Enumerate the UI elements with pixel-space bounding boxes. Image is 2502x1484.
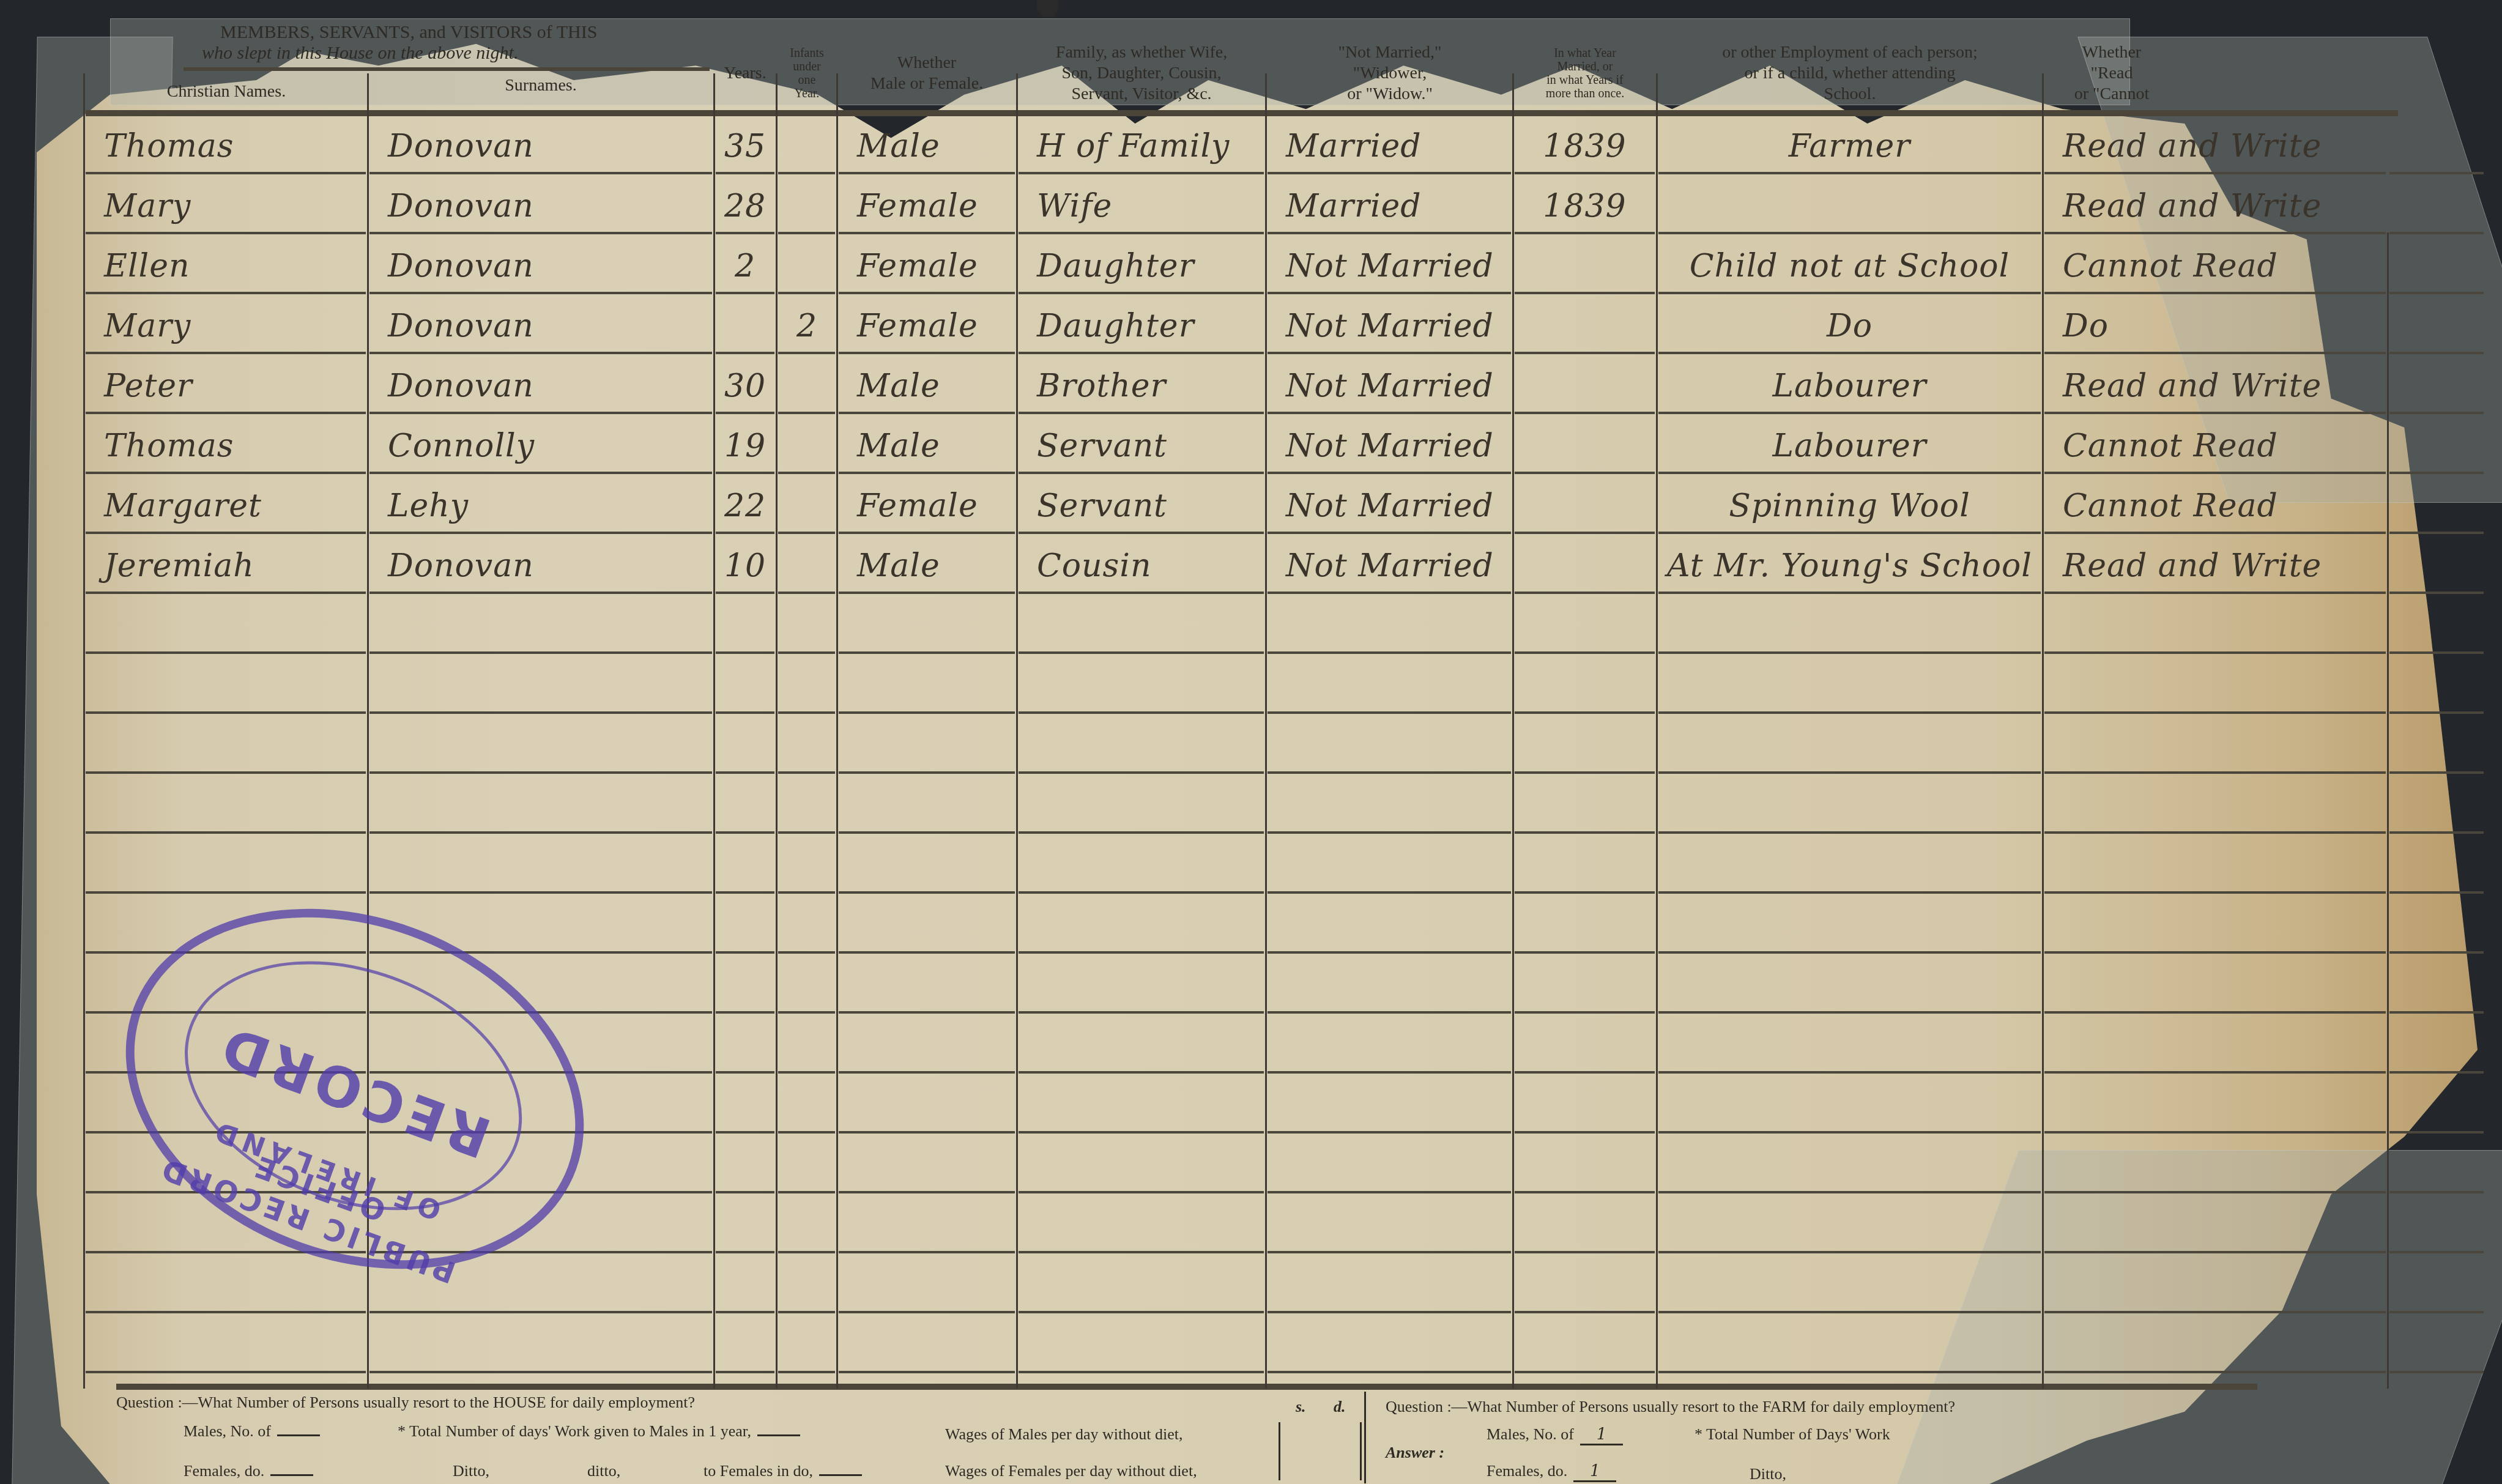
row-rule xyxy=(1268,1071,1511,1074)
col-header-year-married: In what Year Married, or in what Years i… xyxy=(1515,37,1655,110)
cell-sex: Male xyxy=(839,113,1015,173)
row-rule xyxy=(369,1311,712,1313)
wages-females: Wages of Females per day without diet, xyxy=(945,1462,1197,1480)
pin-clip xyxy=(1037,0,1059,17)
row-rule xyxy=(1515,1191,1655,1193)
row-rule xyxy=(1658,651,2041,654)
farm-question-text: Question :—What Number of Persons usuall… xyxy=(1386,1398,1955,1415)
row-rule xyxy=(2044,1071,2386,1074)
row-rule xyxy=(2389,472,2484,474)
cell-year-married xyxy=(1515,293,1655,353)
cell-infants xyxy=(778,533,836,593)
row-rule xyxy=(716,1371,774,1373)
col-header-line: Married, or xyxy=(1557,60,1613,73)
cell-education: Read and Write xyxy=(2044,533,2386,593)
row-rule xyxy=(716,951,774,954)
row-rule xyxy=(1019,651,1264,654)
col-header-line: Whether xyxy=(2082,42,2141,63)
column-divider xyxy=(2042,73,2044,1389)
cell-relation: Brother xyxy=(1019,353,1264,413)
cell-sex: Male xyxy=(839,533,1015,593)
col-header-label: Christian Names. xyxy=(167,81,286,102)
row-rule xyxy=(2389,831,2484,834)
cell-occupation: Do xyxy=(1658,293,2041,353)
row-rule xyxy=(1515,1251,1655,1253)
farm-ditto: Ditto, xyxy=(1750,1465,1786,1483)
answer-label: Answer : xyxy=(1386,1444,1444,1462)
cell-married: Married xyxy=(1268,173,1511,233)
row-rule xyxy=(1019,1311,1264,1313)
row-rule xyxy=(1019,711,1264,714)
col-header-line: Servant, Visitor, &c. xyxy=(1071,84,1211,105)
row-rule xyxy=(1658,1071,2041,1074)
cell-year-married xyxy=(1515,473,1655,533)
cell-occupation: Labourer xyxy=(1658,413,2041,473)
row-rule xyxy=(839,1251,1015,1253)
row-rule xyxy=(1019,891,1264,894)
row-rule xyxy=(1019,1191,1264,1193)
row-rule xyxy=(839,1131,1015,1133)
col-header-line: Male or Female. xyxy=(871,73,983,94)
cell-education: Read and Write xyxy=(2044,113,2386,173)
row-rule xyxy=(2389,711,2484,714)
row-rule xyxy=(716,1071,774,1074)
row-rule xyxy=(1268,1191,1511,1193)
row-rule xyxy=(839,1071,1015,1074)
column-divider xyxy=(1016,73,1018,1389)
row-rule xyxy=(778,1251,835,1253)
row-rule xyxy=(778,1011,835,1014)
days-work-females-field[interactable] xyxy=(819,1474,862,1476)
row-rule xyxy=(1268,951,1511,954)
farm-females-field[interactable]: 1 xyxy=(1573,1462,1616,1482)
row-rule xyxy=(2389,1371,2484,1373)
cell-surname: Lehy xyxy=(369,473,712,533)
cell-year-married xyxy=(1515,353,1655,413)
cell-relation: H of Family xyxy=(1019,113,1264,173)
col-header-line: Year. xyxy=(795,87,820,100)
row-rule xyxy=(1515,1371,1655,1373)
row-rule xyxy=(1658,1371,2041,1373)
row-rule xyxy=(1515,1071,1655,1074)
cell-infants xyxy=(778,353,836,413)
row-rule xyxy=(716,1011,774,1014)
farm-males: Males, No. of1 xyxy=(1487,1425,1623,1445)
row-rule xyxy=(778,891,835,894)
row-rule xyxy=(1515,891,1655,894)
column-divider xyxy=(1656,73,1658,1389)
row-rule xyxy=(1515,651,1655,654)
cell-surname: Donovan xyxy=(369,173,712,233)
row-rule xyxy=(2044,1131,2386,1133)
row-rule xyxy=(1658,831,2041,834)
row-rule xyxy=(1658,891,2041,894)
cell-sex: Male xyxy=(839,353,1015,413)
cell-years: 2 xyxy=(716,233,774,293)
cell-sex: Female xyxy=(839,173,1015,233)
row-rule xyxy=(2044,1371,2386,1373)
wages-males: Wages of Males per day without diet, xyxy=(945,1425,1183,1444)
row-rule xyxy=(716,711,774,714)
cell-relation: Daughter xyxy=(1019,233,1264,293)
col-header-line: or "Widow." xyxy=(1347,84,1433,105)
row-rule xyxy=(2389,352,2484,354)
row-rule xyxy=(1515,831,1655,834)
row-rule xyxy=(2044,951,2386,954)
row-rule xyxy=(2044,1251,2386,1253)
cell-year-married: 1839 xyxy=(1515,173,1655,233)
row-rule xyxy=(86,711,366,714)
cell-christian-name: Margaret xyxy=(86,473,367,533)
row-rule xyxy=(778,771,835,774)
cell-christian-name: Ellen xyxy=(86,233,367,293)
cell-christian-name: Mary xyxy=(86,293,367,353)
house-males-field[interactable] xyxy=(277,1434,320,1436)
col-header-occupation: or other Employment of each person; or i… xyxy=(1658,37,2042,110)
cell-education: Cannot Read xyxy=(2044,413,2386,473)
cell-infants xyxy=(778,413,836,473)
row-rule xyxy=(1019,1251,1264,1253)
cell-married: Not Married xyxy=(1268,293,1511,353)
row-rule xyxy=(839,711,1015,714)
cell-infants xyxy=(778,113,836,173)
row-rule xyxy=(716,1311,774,1313)
currency-pence: d. xyxy=(1334,1398,1346,1416)
row-rule xyxy=(2389,891,2484,894)
row-rule xyxy=(839,651,1015,654)
cell-sex: Male xyxy=(839,413,1015,473)
col-header-line: Infants xyxy=(790,46,824,60)
col-header-line: more than once. xyxy=(1546,87,1624,100)
col-header-infants: Infants under one Year. xyxy=(778,37,836,110)
farm-days-work: * Total Number of Days' Work xyxy=(1695,1425,1890,1444)
cell-married: Not Married xyxy=(1268,353,1511,413)
row-rule xyxy=(839,1311,1015,1313)
days-work-ditto2: ditto, xyxy=(587,1462,620,1480)
farm-question: Question :—What Number of Persons usuall… xyxy=(1386,1398,1955,1416)
col-header-line: Whether xyxy=(897,53,956,73)
cell-year-married xyxy=(1515,233,1655,293)
row-rule xyxy=(2389,1131,2484,1133)
row-rule xyxy=(1658,1251,2041,1253)
cell-year-married xyxy=(1515,533,1655,593)
row-rule xyxy=(1515,1011,1655,1014)
col-header-line: under xyxy=(793,60,821,73)
row-rule xyxy=(1019,1011,1264,1014)
cell-years: 28 xyxy=(716,173,774,233)
row-rule xyxy=(716,651,774,654)
house-females-label: Females, do. xyxy=(184,1462,313,1480)
farm-females-label: Females, do. xyxy=(1487,1462,1567,1480)
row-rule xyxy=(778,1131,835,1133)
cell-married: Not Married xyxy=(1268,473,1511,533)
row-rule xyxy=(716,831,774,834)
row-rule xyxy=(839,771,1015,774)
cell-married: Married xyxy=(1268,113,1511,173)
row-rule xyxy=(1658,1011,2041,1014)
cell-married: Not Married xyxy=(1268,413,1511,473)
row-rule xyxy=(2044,651,2386,654)
house-females-label-text: Females, do. xyxy=(184,1462,264,1480)
row-rule xyxy=(2389,292,2484,294)
row-rule xyxy=(86,771,366,774)
row-rule xyxy=(2389,951,2484,954)
cell-relation: Servant xyxy=(1019,413,1264,473)
row-rule xyxy=(778,1371,835,1373)
cell-years: 10 xyxy=(716,533,774,593)
cell-surname: Donovan xyxy=(369,293,712,353)
row-rule xyxy=(86,651,366,654)
row-rule xyxy=(1268,1011,1511,1014)
row-rule xyxy=(2044,831,2386,834)
cell-education: Do xyxy=(2044,293,2386,353)
row-rule xyxy=(1268,771,1511,774)
farm-males-field[interactable]: 1 xyxy=(1580,1425,1623,1445)
cell-relation: Servant xyxy=(1019,473,1264,533)
row-rule xyxy=(2044,711,2386,714)
currency-shillings: s. xyxy=(1296,1398,1306,1416)
row-rule xyxy=(1515,1311,1655,1313)
col-header-label: Years. xyxy=(724,63,767,84)
col-header-line: Family, as whether Wife, xyxy=(1056,42,1227,63)
row-rule xyxy=(778,1071,835,1074)
cell-sex: Female xyxy=(839,473,1015,533)
row-rule xyxy=(369,651,712,654)
days-work-males: * Total Number of days' Work given to Ma… xyxy=(398,1422,800,1441)
column-divider xyxy=(1265,73,1267,1389)
row-rule xyxy=(839,1011,1015,1014)
row-rule xyxy=(1019,771,1264,774)
row-rule xyxy=(1658,771,2041,774)
row-rule xyxy=(2389,532,2484,534)
row-rule xyxy=(778,711,835,714)
col-header-line: or if a child, whether attending xyxy=(1744,63,1955,84)
cell-relation: Cousin xyxy=(1019,533,1264,593)
row-rule xyxy=(2389,1191,2484,1193)
column-divider xyxy=(713,73,715,1389)
cell-infants xyxy=(778,473,836,533)
cell-christian-name: Thomas xyxy=(86,113,367,173)
row-rule xyxy=(716,771,774,774)
row-rule xyxy=(839,1191,1015,1193)
row-rule xyxy=(1658,1131,2041,1133)
row-rule xyxy=(1515,771,1655,774)
row-rule xyxy=(2044,1311,2386,1313)
col-header-line: or "Cannot xyxy=(2074,84,2150,105)
wages-boxes[interactable] xyxy=(1279,1422,1362,1480)
col-header-line: Son, Daughter, Cousin, xyxy=(1062,63,1222,84)
cell-surname: Connolly xyxy=(369,413,712,473)
col-header-line: "Widower, xyxy=(1353,63,1427,84)
cell-year-married: 1839 xyxy=(1515,113,1655,173)
house-males-label: Males, No. of xyxy=(184,1422,320,1441)
row-rule xyxy=(1019,1371,1264,1373)
form-title-line-1: MEMBERS, SERVANTS, and VISITORS of THIS xyxy=(220,22,597,43)
farm-females: Females, do.1 xyxy=(1487,1462,1616,1482)
row-rule xyxy=(1515,1131,1655,1133)
row-rule xyxy=(2044,1011,2386,1014)
cell-years xyxy=(716,293,774,353)
row-rule xyxy=(2044,1191,2386,1193)
row-rule xyxy=(1658,711,2041,714)
row-rule xyxy=(2389,1251,2484,1253)
cell-occupation: Spinning Wool xyxy=(1658,473,2041,533)
row-rule xyxy=(1268,831,1511,834)
row-rule xyxy=(716,891,774,894)
col-header-line: School. xyxy=(1824,84,1876,105)
row-rule xyxy=(1268,1251,1511,1253)
cell-education: Cannot Read xyxy=(2044,473,2386,533)
table-bottom-rule xyxy=(116,1384,2257,1390)
cell-occupation: At Mr. Young's School xyxy=(1658,533,2041,593)
cell-years: 19 xyxy=(716,413,774,473)
row-rule xyxy=(2389,172,2484,174)
row-rule xyxy=(716,1191,774,1193)
col-header-years: Years. xyxy=(716,37,774,110)
cell-occupation xyxy=(1658,173,2041,233)
col-header-line: In what Year xyxy=(1554,46,1616,60)
row-rule xyxy=(369,891,712,894)
row-rule xyxy=(839,951,1015,954)
farm-males-label: Males, No. of xyxy=(1487,1425,1574,1443)
row-rule xyxy=(1658,1311,2041,1313)
row-rule xyxy=(839,891,1015,894)
row-rule xyxy=(2389,651,2484,654)
cell-surname: Donovan xyxy=(369,233,712,293)
col-header-line: one xyxy=(798,73,816,87)
col-header-married: "Not Married," "Widower, or "Widow." xyxy=(1268,37,1512,110)
row-rule xyxy=(2044,891,2386,894)
cell-education: Read and Write xyxy=(2044,173,2386,233)
cell-married: Not Married xyxy=(1268,533,1511,593)
cell-education: Cannot Read xyxy=(2044,233,2386,293)
cell-occupation: Child not at School xyxy=(1658,233,2041,293)
row-rule xyxy=(1268,1131,1511,1133)
cell-education: Read and Write xyxy=(2044,353,2386,413)
days-work-females: to Females in do, xyxy=(703,1462,862,1480)
cell-married: Not Married xyxy=(1268,233,1511,293)
row-rule xyxy=(778,831,835,834)
cell-relation: Daughter xyxy=(1019,293,1264,353)
col-header-education: Whether "Read or "Cannot xyxy=(2044,37,2179,110)
row-rule xyxy=(86,1371,366,1373)
row-rule xyxy=(839,831,1015,834)
row-rule xyxy=(1268,891,1511,894)
col-header-line: "Not Married," xyxy=(1338,42,1441,63)
row-rule xyxy=(2389,771,2484,774)
row-rule xyxy=(1515,711,1655,714)
column-divider xyxy=(836,73,838,1389)
column-divider xyxy=(1512,73,1514,1389)
house-males-label-text: Males, No. of xyxy=(184,1422,271,1440)
cell-sex: Female xyxy=(839,233,1015,293)
col-header-surnames: Surnames. xyxy=(369,49,712,122)
row-rule xyxy=(369,831,712,834)
row-rule xyxy=(1268,1371,1511,1373)
cell-occupation: Labourer xyxy=(1658,353,2041,413)
row-rule xyxy=(778,1311,835,1313)
cell-christian-name: Jeremiah xyxy=(86,533,367,593)
row-rule xyxy=(1019,951,1264,954)
cell-years: 22 xyxy=(716,473,774,533)
cell-surname: Donovan xyxy=(369,533,712,593)
cell-infants xyxy=(778,173,836,233)
house-question: Question :—What Number of Persons usuall… xyxy=(116,1393,695,1412)
row-rule xyxy=(2389,1311,2484,1313)
row-rule xyxy=(1268,711,1511,714)
col-header-line: in what Years if xyxy=(1546,73,1624,87)
column-divider xyxy=(2387,232,2389,1389)
row-rule xyxy=(1019,831,1264,834)
row-rule xyxy=(716,1131,774,1133)
cell-sex: Female xyxy=(839,293,1015,353)
footer-divider xyxy=(1364,1392,1366,1483)
cell-infants xyxy=(778,233,836,293)
row-rule xyxy=(1515,951,1655,954)
row-rule xyxy=(86,831,366,834)
row-rule xyxy=(839,1371,1015,1373)
cell-surname: Donovan xyxy=(369,353,712,413)
column-divider xyxy=(83,73,85,1389)
row-rule xyxy=(1268,651,1511,654)
row-rule xyxy=(369,771,712,774)
row-rule xyxy=(716,1251,774,1253)
col-header-relation: Family, as whether Wife, Son, Daughter, … xyxy=(1018,37,1265,110)
row-rule xyxy=(2389,412,2484,414)
row-rule xyxy=(1268,1311,1511,1313)
col-header-label: Surnames. xyxy=(505,75,576,96)
row-rule xyxy=(2389,232,2484,234)
cell-years: 35 xyxy=(716,113,774,173)
cell-years: 30 xyxy=(716,353,774,413)
cell-christian-name: Thomas xyxy=(86,413,367,473)
cell-christian-name: Peter xyxy=(86,353,367,413)
col-header-line: "Read xyxy=(2091,63,2133,84)
cell-christian-name: Mary xyxy=(86,173,367,233)
row-rule xyxy=(778,1191,835,1193)
row-rule xyxy=(778,951,835,954)
column-divider xyxy=(776,73,778,1389)
cell-surname: Donovan xyxy=(369,113,712,173)
house-females-field[interactable] xyxy=(270,1474,313,1476)
row-rule xyxy=(2389,1011,2484,1014)
row-rule xyxy=(1019,1071,1264,1074)
row-rule xyxy=(1019,1131,1264,1133)
row-rule xyxy=(2044,771,2386,774)
days-work-males-text: * Total Number of days' Work given to Ma… xyxy=(398,1422,751,1440)
row-rule xyxy=(2389,592,2484,594)
row-rule xyxy=(86,1311,366,1313)
row-rule xyxy=(778,651,835,654)
days-work-ditto: Ditto, xyxy=(453,1462,489,1480)
row-rule xyxy=(1658,951,2041,954)
cell-infants: 2 xyxy=(778,293,836,353)
row-rule xyxy=(86,891,366,894)
col-header-sex: Whether Male or Female. xyxy=(838,37,1015,110)
days-work-males-field[interactable] xyxy=(757,1434,800,1436)
row-rule xyxy=(1658,1191,2041,1193)
col-header-line: or other Employment of each person; xyxy=(1722,42,1978,63)
days-work-females-text: to Females in do, xyxy=(703,1462,813,1480)
cell-relation: Wife xyxy=(1019,173,1264,233)
cell-year-married xyxy=(1515,413,1655,473)
row-rule xyxy=(369,711,712,714)
row-rule xyxy=(369,1371,712,1373)
cell-occupation: Farmer xyxy=(1658,113,2041,173)
row-rule xyxy=(2389,1071,2484,1074)
